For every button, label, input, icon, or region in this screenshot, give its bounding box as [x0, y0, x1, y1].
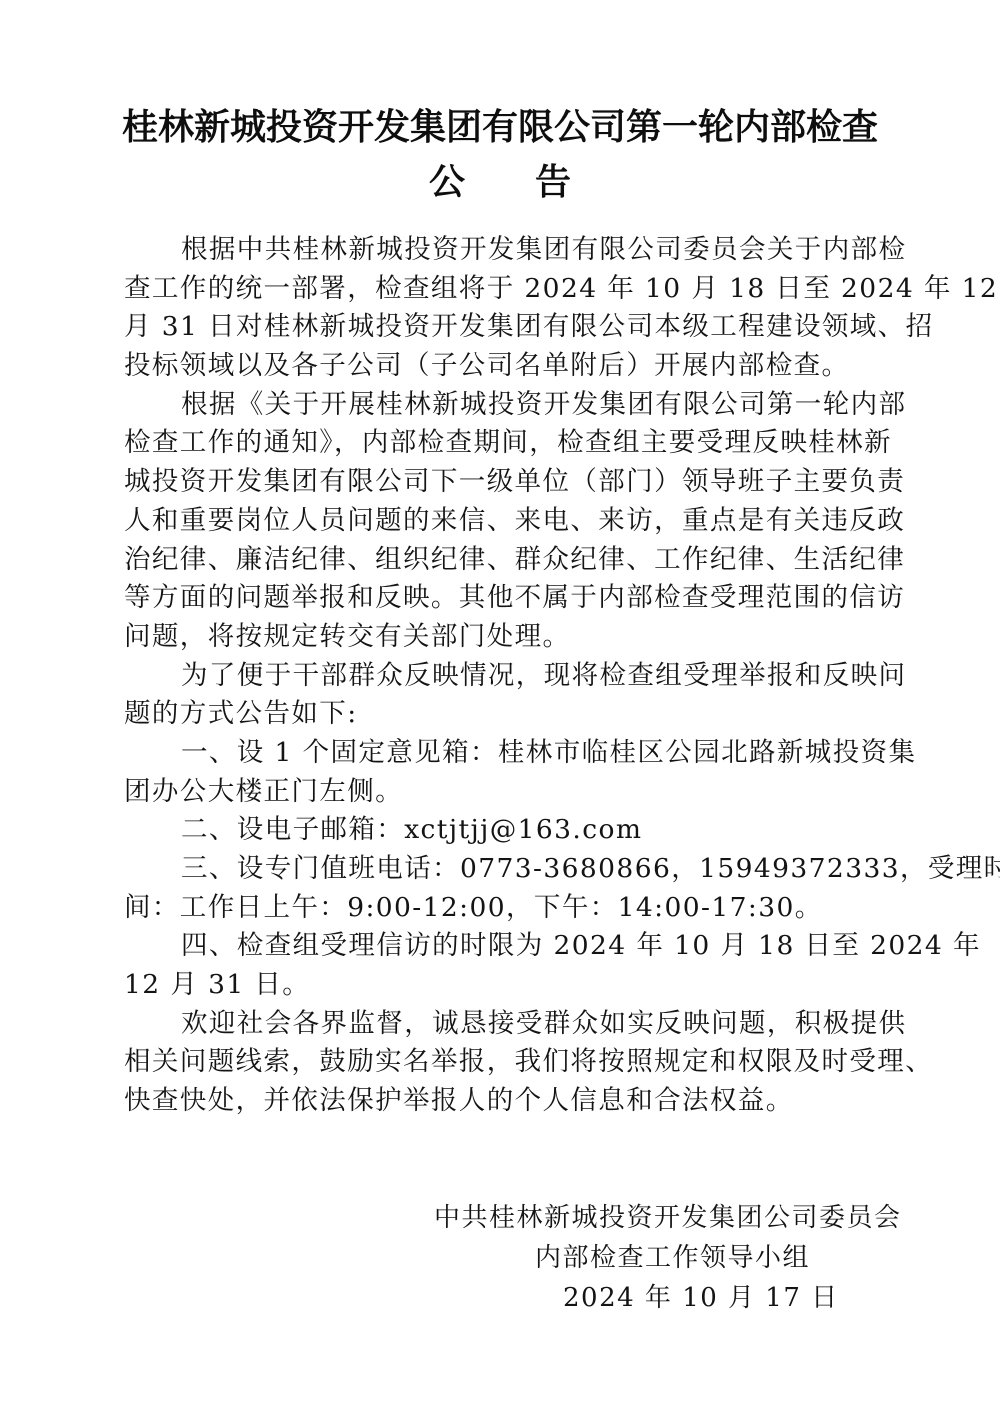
text-line: 四、检查组受理信访的时限为 2024 年 10 月 18 日至 2024 年 — [124, 927, 894, 966]
document-title: 桂林新城投资开发集团有限公司第一轮内部检查 公告 — [0, 98, 1000, 208]
method-suggestion-box: 一、设 1 个固定意见箱：桂林市临桂区公园北路新城投资集 团办公大楼正门左侧。 — [124, 734, 894, 811]
signature-group: 内部检查工作领导小组 — [420, 1238, 900, 1278]
document-body: 根据中共桂林新城投资开发集团有限公司委员会关于内部检 查工作的统一部署，检查组将… — [124, 231, 894, 1121]
text-line: 欢迎社会各界监督，诚恳接受群众如实反映问题，积极提供 — [124, 1005, 894, 1044]
text-line: 间：工作日上午：9:00-12:00，下午：14:00-17:30。 — [124, 889, 894, 928]
email-line: 二、设电子邮箱：xctjtjj@163.com — [124, 811, 894, 850]
text-line: 月 31 日对桂林新城投资开发集团有限公司本级工程建设领域、招 — [124, 308, 894, 347]
text-line: 治纪律、廉洁纪律、组织纪律、群众纪律、工作纪律、生活纪律 — [124, 541, 894, 580]
signature-block: 中共桂林新城投资开发集团公司委员会 内部检查工作领导小组 2024 年 10 月… — [420, 1198, 900, 1318]
text-line: 三、设专门值班电话：0773-3680866，15949372333，受理时 — [124, 850, 894, 889]
paragraph-closing: 欢迎社会各界监督，诚恳接受群众如实反映问题，积极提供 相关问题线索，鼓励实名举报… — [124, 1005, 894, 1121]
text-line: 人和重要岗位人员问题的来信、来电、来访，重点是有关违反政 — [124, 502, 894, 541]
text-line: 等方面的问题举报和反映。其他不属于内部检查受理范围的信访 — [124, 579, 894, 618]
method-email: 二、设电子邮箱：xctjtjj@163.com — [124, 811, 894, 850]
text-line: 快查快处，并依法保护举报人的个人信息和合法权益。 — [124, 1082, 894, 1121]
text-line: 一、设 1 个固定意见箱：桂林市临桂区公园北路新城投资集 — [124, 734, 894, 773]
announcement-page: 桂林新城投资开发集团有限公司第一轮内部检查 公告 根据中共桂林新城投资开发集团有… — [0, 0, 1000, 1414]
text-line: 投标领域以及各子公司（子公司名单附后）开展内部检查。 — [124, 347, 894, 386]
paragraph-intro: 根据中共桂林新城投资开发集团有限公司委员会关于内部检 查工作的统一部署，检查组将… — [124, 231, 894, 386]
signature-organization: 中共桂林新城投资开发集团公司委员会 — [420, 1198, 900, 1238]
text-line: 为了便于干部群众反映情况，现将检查组受理举报和反映问 — [124, 657, 894, 696]
text-line: 问题，将按规定转交有关部门处理。 — [124, 618, 894, 657]
text-line: 12 月 31 日。 — [124, 966, 894, 1005]
method-phone: 三、设专门值班电话：0773-3680866，15949372333，受理时 间… — [124, 850, 894, 927]
method-time-limit: 四、检查组受理信访的时限为 2024 年 10 月 18 日至 2024 年 1… — [124, 927, 894, 1004]
text-line: 检查工作的通知》，内部检查期间，检查组主要受理反映桂林新 — [124, 424, 894, 463]
text-line: 相关问题线索，鼓励实名举报，我们将按照规定和权限及时受理、 — [124, 1043, 894, 1082]
title-announcement: 公告 — [0, 158, 1000, 208]
paragraph-scope: 根据《关于开展桂林新城投资开发集团有限公司第一轮内部 检查工作的通知》，内部检查… — [124, 386, 894, 657]
text-line: 题的方式公告如下: — [124, 695, 894, 734]
text-line: 根据《关于开展桂林新城投资开发集团有限公司第一轮内部 — [124, 386, 894, 425]
text-line: 城投资开发集团有限公司下一级单位（部门）领导班子主要负责 — [124, 463, 894, 502]
signature-date: 2024 年 10 月 17 日 — [420, 1278, 900, 1318]
title-main: 桂林新城投资开发集团有限公司第一轮内部检查 — [0, 98, 1000, 158]
text-line: 根据中共桂林新城投资开发集团有限公司委员会关于内部检 — [124, 231, 894, 270]
text-line: 团办公大楼正门左侧。 — [124, 773, 894, 812]
text-line: 查工作的统一部署，检查组将于 2024 年 10 月 18 日至 2024 年 … — [124, 270, 894, 309]
paragraph-methods-intro: 为了便于干部群众反映情况，现将检查组受理举报和反映问 题的方式公告如下: — [124, 657, 894, 734]
